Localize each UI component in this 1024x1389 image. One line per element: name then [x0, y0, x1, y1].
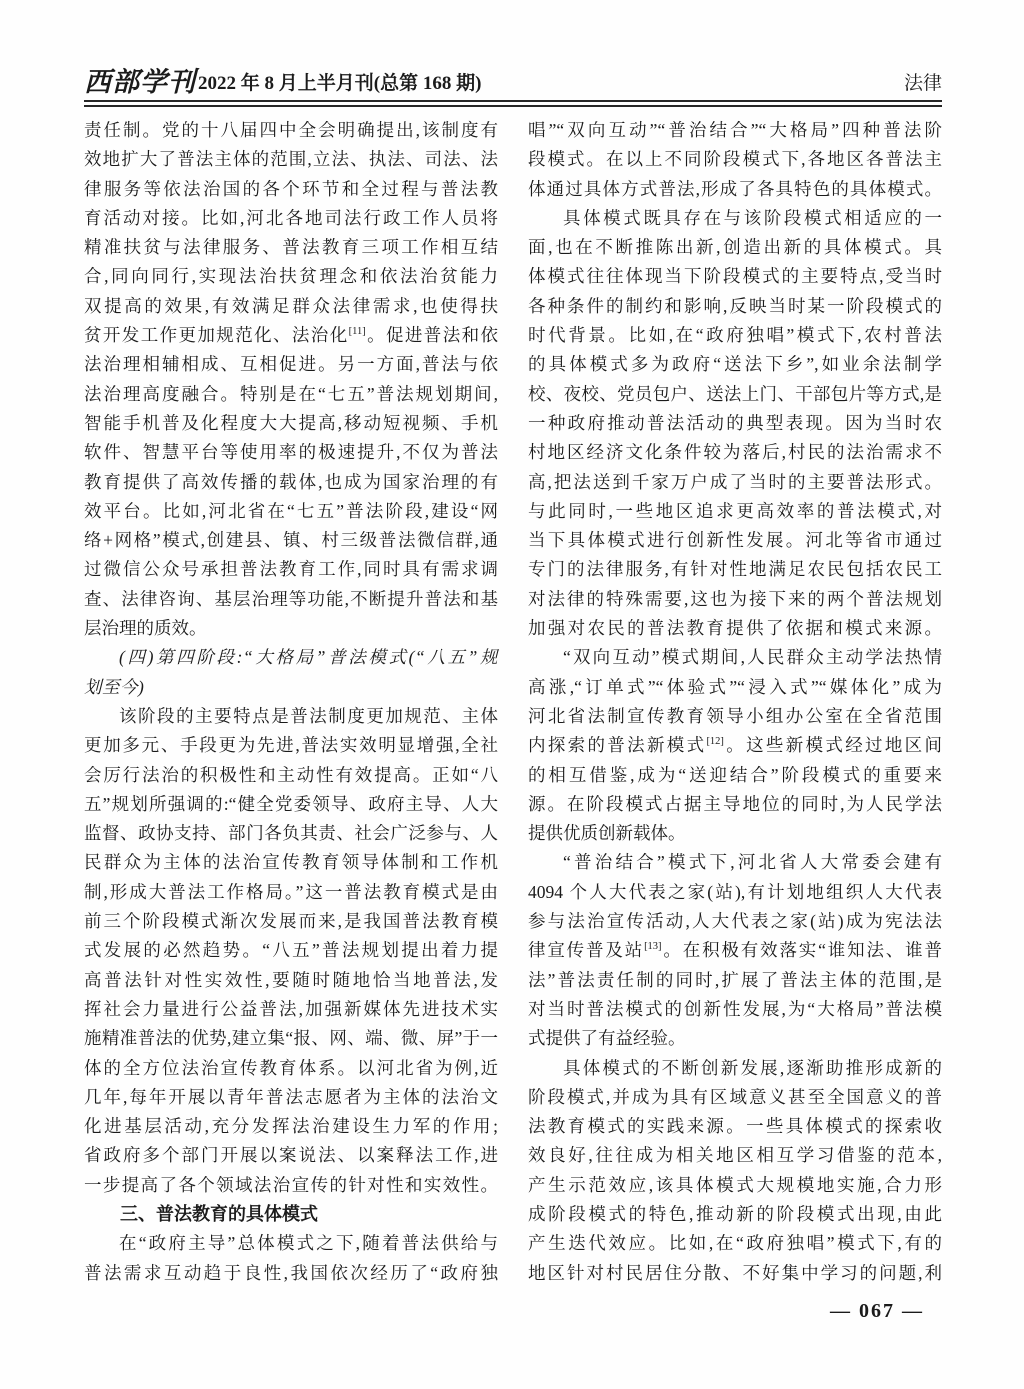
text-line: 校、夜校、党员包户、送法上门、干部包片等方式,是	[528, 380, 942, 409]
text-line: 唱”“双向互动”“普治结合”“大格局”四种普法阶	[528, 116, 942, 145]
text-line: 当下具体模式进行创新性发展。河北等省市通过	[528, 526, 942, 555]
text-line: 教育提供了高效传播的载体,也成为国家治理的有	[84, 468, 498, 497]
text-line: 责任制。党的十八届四中全会明确提出,该制度有	[84, 116, 498, 145]
text-line: 民群众为主体的法治宣传教育领导体制和工作机	[84, 848, 498, 877]
text-line: 律服务等依法治国的各个环节和全过程与普法教	[84, 175, 498, 204]
text-line: 式发展的必然趋势。“八五”普法规划提出着力提	[84, 936, 498, 965]
text-line: 化进基层活动,充分发挥法治建设生力军的作用;	[84, 1112, 498, 1141]
text-line: 会厉行法治的积极性和主动性有效提高。正如“八	[84, 761, 498, 790]
text-line: 段模式。在以上不同阶段模式下,各地区各普法主	[528, 145, 942, 174]
text-line: 法教育模式的实践来源。一些具体模式的探索收	[528, 1112, 942, 1141]
text-line: 更加多元、手段更为先进,普法实效明显增强,全社	[84, 731, 498, 760]
text-line: 划至今)	[84, 673, 498, 702]
text-line: 对当时普法模式的创新性发展,为“大格局”普法模	[528, 995, 942, 1024]
text-line: 过微信公众号承担普法教育工作,同时具有需求调	[84, 555, 498, 584]
text-line: “双向互动”模式期间,人民群众主动学法热情	[528, 643, 942, 672]
section-label: 法律	[904, 70, 942, 98]
text-line: 省政府多个部门开展以案说法、以案释法工作,进	[84, 1141, 498, 1170]
text-line: 几年,每年开展以青年普法志愿者为主体的法治文	[84, 1083, 498, 1112]
text-line: 面,也在不断推陈出新,创造出新的具体模式。具	[528, 233, 942, 262]
text-line: 育活动对接。比如,河北各地司法行政工作人员将	[84, 204, 498, 233]
text-line: 络+网格”模式,创建县、镇、村三级普法微信群,通	[84, 526, 498, 555]
issue-info: 2022 年 8 月上半月刊(总第 168 期)	[198, 70, 481, 98]
text-line: 前三个阶段模式渐次发展而来,是我国普法教育模	[84, 907, 498, 936]
text-line: 监督、政协支持、部门各负其责、社会广泛参与、人	[84, 819, 498, 848]
text-line: 挥社会力量进行公益普法,加强新媒体先进技术实	[84, 995, 498, 1024]
journal-logo: 西部学刊	[84, 68, 196, 98]
text-line: 专门的法律服务,有针对性地满足农民包括农民工	[528, 555, 942, 584]
footnote-ref: [11]	[349, 326, 366, 337]
text-line: 河北省法制宣传教育领导小组办公室在全省范围	[528, 702, 942, 731]
footnote-ref: [13]	[644, 941, 662, 952]
text-line: 层治理的质效。	[84, 614, 498, 643]
text-line: 具体模式既具存在与该阶段模式相适应的一	[528, 204, 942, 233]
text-line: 制,形成大普法工作格局。”这一普法教育模式是由	[84, 878, 498, 907]
text-line: 软件、智慧平台等使用率的极速提升,不仅为普法	[84, 438, 498, 467]
text-line: 效良好,往往成为相关地区相互学习借鉴的范本,	[528, 1141, 942, 1170]
text-line: 体的全方位法治宣传教育体系。以河北省为例,近	[84, 1054, 498, 1083]
text-line: 效地扩大了普法主体的范围,立法、执法、司法、法	[84, 145, 498, 174]
text-line: 查、法律咨询、基层治理等功能,不断提升普法和基	[84, 585, 498, 614]
text-line: 效平台。比如,河北省在“七五”普法阶段,建设“网	[84, 497, 498, 526]
text-line: 式提供了有益经验。	[528, 1024, 942, 1053]
header-double-rule	[84, 100, 942, 107]
text-line: 合,同向同行,实现法治扶贫理念和依法治贫能力	[84, 262, 498, 291]
text-line: 智能手机普及化程度大大提高,移动短视频、手机	[84, 409, 498, 438]
text-line: 五”规划所强调的:“健全党委领导、政府主导、人大	[84, 790, 498, 819]
text-line: 普法需求互动趋于良性,我国依次经历了“政府独	[84, 1259, 498, 1288]
footnote-ref: [12]	[706, 736, 724, 747]
article-body: 责任制。党的十八届四中全会明确提出,该制度有效地扩大了普法主体的范围,立法、执法…	[84, 116, 942, 1288]
text-line: 成阶段模式的特色,推动新的阶段模式出现,由此	[528, 1200, 942, 1229]
journal-page: 西部学刊 2022 年 8 月上半月刊(总第 168 期) 法律 责任制。党的十…	[0, 0, 1024, 1389]
text-line: 在“政府主导”总体模式之下,随着普法供给与	[84, 1229, 498, 1258]
text-line: 与此同时,一些地区追求更高效率的普法模式,对	[528, 497, 942, 526]
text-line: 施精准普法的优势,建立集“报、网、端、微、屏”于一	[84, 1024, 498, 1053]
text-line: 精准扶贫与法律服务、普法教育三项工作相互结	[84, 233, 498, 262]
text-line: 一步提高了各个领域法治宣传的针对性和实效性。	[84, 1171, 498, 1200]
text-line: 地区针对村民居住分散、不好集中学习的问题,利	[528, 1259, 942, 1288]
text-line: “普治结合”模式下,河北省人大常委会建有	[528, 848, 942, 877]
text-line: 时代背景。比如,在“政府独唱”模式下,农村普法	[528, 321, 942, 350]
text-line: 法治理相辅相成、互相促进。另一方面,普法与依	[84, 350, 498, 379]
text-line: 高,把法送到千家万户成了当时的主要普法形式。	[528, 468, 942, 497]
text-line: 具体模式的不断创新发展,逐渐助推形成新的	[528, 1054, 942, 1083]
page-header: 西部学刊 2022 年 8 月上半月刊(总第 168 期) 法律	[84, 62, 942, 98]
text-line: 4094 个人大代表之家(站),有计划地组织人大代表	[528, 878, 942, 907]
text-line: 三、普法教育的具体模式	[84, 1200, 498, 1229]
text-line: 提供优质创新载体。	[528, 819, 942, 848]
text-line: 产生示范效应,该具体模式大规模地实施,合力形	[528, 1171, 942, 1200]
text-line: 对法律的特殊需要,这也为接下来的两个普法规划	[528, 585, 942, 614]
text-line: 该阶段的主要特点是普法制度更加规范、主体	[84, 702, 498, 731]
text-line: 贫开发工作更加规范化、法治化[11]。促进普法和依	[84, 321, 498, 350]
left-column: 责任制。党的十八届四中全会明确提出,该制度有效地扩大了普法主体的范围,立法、执法…	[84, 116, 498, 1288]
text-line: 阶段模式,并成为具有区域意义甚至全国意义的普	[528, 1083, 942, 1112]
text-line: 高涨,“订单式”“体验式”“浸入式”“媒体化”成为	[528, 673, 942, 702]
text-line: 源。在阶段模式占据主导地位的同时,为人民学法	[528, 790, 942, 819]
text-line: 双提高的效果,有效满足群众法律需求,也使得扶	[84, 292, 498, 321]
text-line: 参与法治宣传活动,人大代表之家(站)成为宪法法	[528, 907, 942, 936]
text-line: 内探索的普法新模式[12]。这些新模式经过地区间	[528, 731, 942, 760]
text-line: 法”普法责任制的同时,扩展了普法主体的范围,是	[528, 966, 942, 995]
page-number: — 067 —	[830, 1300, 924, 1323]
text-line: 法治理高度融合。特别是在“七五”普法规划期间,	[84, 380, 498, 409]
text-line: 一种政府推动普法活动的典型表现。因为当时农	[528, 409, 942, 438]
text-line: 律宣传普及站[13]。在积极有效落实“谁知法、谁普	[528, 936, 942, 965]
text-line: 体通过具体方式普法,形成了各具特色的具体模式。	[528, 175, 942, 204]
text-line: 产生迭代效应。比如,在“政府独唱”模式下,有的	[528, 1229, 942, 1258]
text-line: 体模式往往体现当下阶段模式的主要特点,受当时	[528, 262, 942, 291]
text-line: (四)第四阶段:“大格局”普法模式(“八五”规	[84, 643, 498, 672]
right-column: 唱”“双向互动”“普治结合”“大格局”四种普法阶段模式。在以上不同阶段模式下,各…	[528, 116, 942, 1288]
header-left: 西部学刊 2022 年 8 月上半月刊(总第 168 期)	[84, 68, 481, 98]
text-line: 村地区经济文化条件较为落后,村民的法治需求不	[528, 438, 942, 467]
text-line: 高普法针对性实效性,要随时随地恰当地普法,发	[84, 966, 498, 995]
text-line: 各种条件的制约和影响,反映当时某一阶段模式的	[528, 292, 942, 321]
text-line: 加强对农民的普法教育提供了依据和模式来源。	[528, 614, 942, 643]
text-line: 的具体模式多为政府“送法下乡”,如业余法制学	[528, 350, 942, 379]
text-line: 的相互借鉴,成为“送迎结合”阶段模式的重要来	[528, 761, 942, 790]
